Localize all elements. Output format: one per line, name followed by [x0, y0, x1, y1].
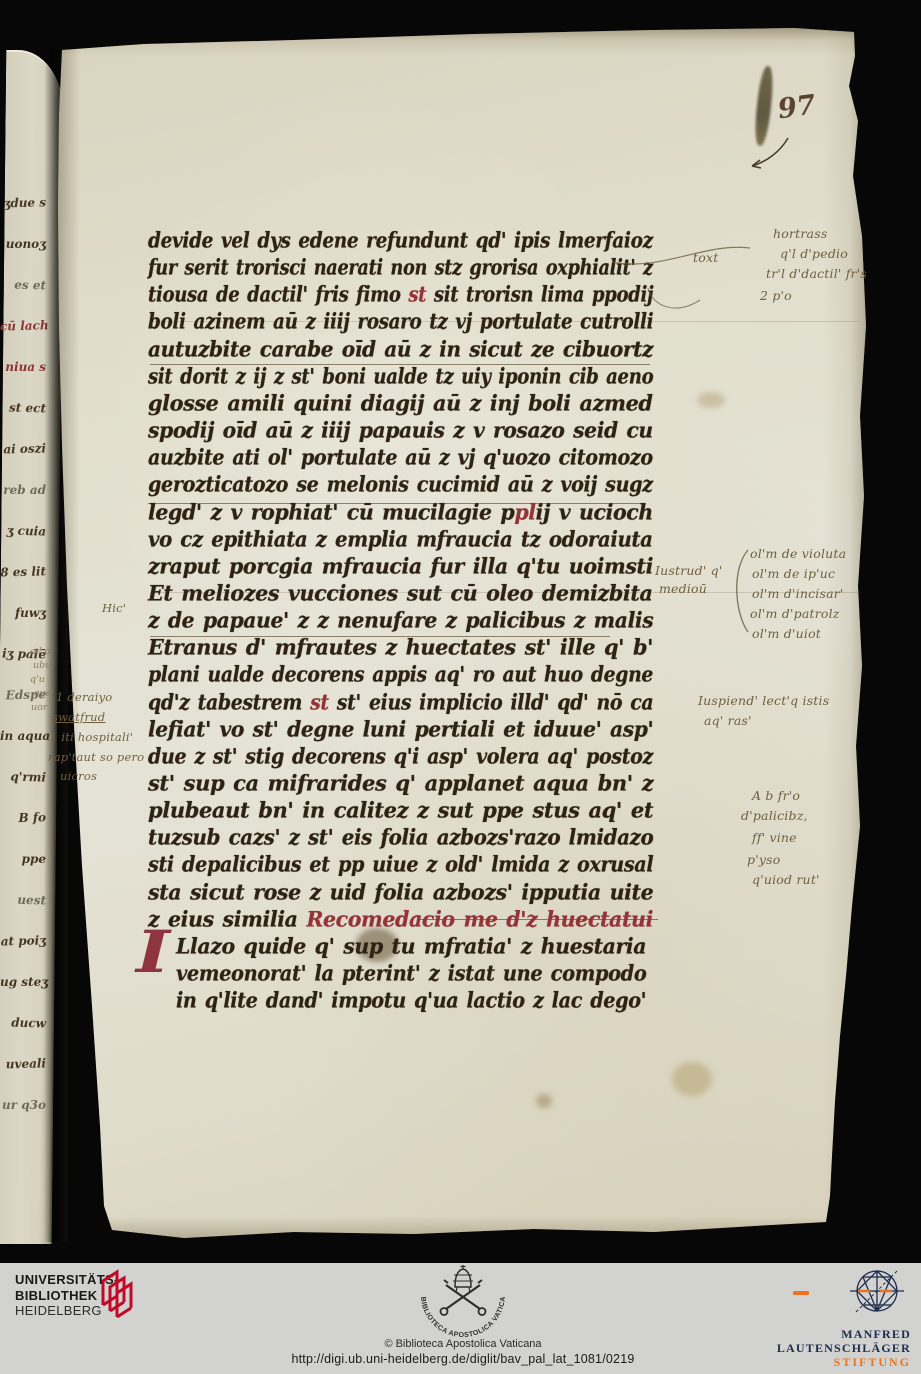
footer-bar: UNIVERSITÄTS- BIBLIOTHEK HEIDELBERG — [0, 1263, 921, 1374]
gutter-note: ad d' — [30, 646, 53, 657]
gutter-note: q'u — [30, 674, 45, 685]
marginal-note-right-oils: ol'm de violuta — [750, 546, 846, 561]
marginal-note-right-bottom: A b fr'o — [752, 788, 800, 803]
marginal-note-right-oils-label: medioū — [659, 581, 707, 596]
marginal-note-right-bottom: d'palicibz, — [741, 808, 808, 823]
marginal-note-right-oils: ol'm d'incisar' — [752, 586, 844, 601]
marginal-note-right-oils: ol'm d'uiot — [752, 626, 821, 641]
foundation-globe-icon — [846, 1266, 908, 1322]
marginal-note-right-bottom: p'yso — [747, 852, 780, 867]
marginal-note-left-note: rap'taut so pero — [48, 750, 144, 764]
marginal-note-right-oils: ol'm de ip'uc — [752, 566, 835, 581]
foundation-name-line1: MANFRED — [777, 1327, 911, 1341]
svg-text:BIBLIOTECA APOSTOLICA VATICANA: BIBLIOTECA APOSTOLICA VATICANA — [398, 1263, 507, 1339]
marginalia-layer: Hic' toxt ad d'ubu'q'ueyeuorhortrassq'l … — [0, 0, 921, 1374]
marginal-note-right-lower: Iuspiend' lect'q istis — [698, 693, 829, 708]
foundation-name-line3: STIFTUNG — [777, 1355, 911, 1369]
foundation-wordmark: MANFRED LAUTENSCHLÄGER STIFTUNG — [777, 1327, 911, 1369]
foundation-name-line2: LAUTENSCHLÄGER — [777, 1341, 911, 1355]
marginal-note-right-top: tr'l d'dactil' fr's — [766, 266, 867, 281]
ub-heidelberg-book-icon — [95, 1267, 141, 1323]
marginal-note-side-word: toxt — [693, 250, 718, 265]
gutter-note: uor — [31, 702, 47, 713]
marginal-note-right-top: 2 p'o — [760, 288, 792, 303]
gutter-note: ubu' — [33, 660, 54, 671]
marginal-note-left-note: 1 iti hospitali' — [50, 730, 133, 744]
vatican-seal-text: BIBLIOTECA APOSTOLICA VATICANA — [398, 1263, 507, 1339]
foundation-dash-icon — [793, 1291, 809, 1295]
marginal-note-right-oils: ol'm d'patrolz — [750, 606, 840, 621]
marginal-note-right-bottom: ff' vine — [752, 830, 797, 845]
marginal-note-right-oils-label: Iustrud' q' — [655, 563, 723, 578]
marginal-note-left-note: swatfrud — [52, 710, 105, 724]
marginal-note-right-top: q'l d'pedio — [780, 246, 848, 261]
gutter-note: eye — [34, 688, 51, 699]
digitized-manuscript-photo: ʒdue suonoʒes etcū lachniua sst ectai os… — [0, 0, 921, 1374]
source-url: http://digi.ub.uni-heidelberg.de/diglit/… — [235, 1352, 691, 1366]
marginal-note-right-bottom: q'uiod rut' — [752, 872, 820, 887]
marginal-note-right-lower: aq' ras' — [704, 713, 752, 728]
vatican-library-seal-icon: BIBLIOTECA APOSTOLICA VATICANA — [398, 1263, 528, 1341]
vatican-copyright: © Biblioteca Apostolica Vaticana — [318, 1338, 608, 1350]
marginal-note-nota: Hic' — [102, 601, 126, 615]
marginal-note-left-note: uicros — [60, 769, 97, 783]
marginal-note-left-note: 1 deraiyo — [56, 690, 112, 704]
marginal-note-right-top: hortrass — [773, 226, 827, 241]
